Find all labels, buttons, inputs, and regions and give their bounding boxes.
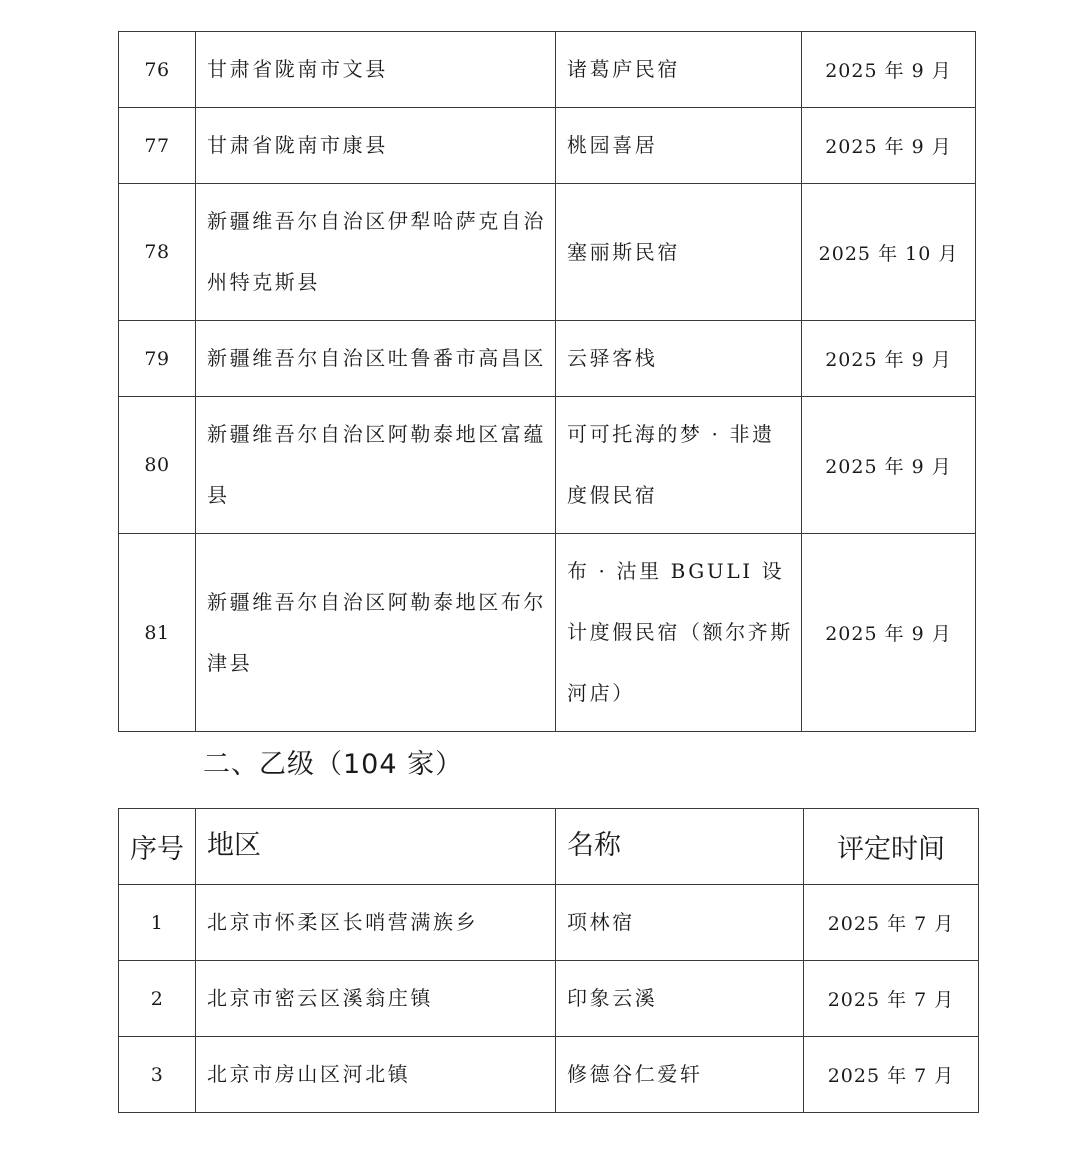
row-region: 甘肃省陇南市康县 — [196, 108, 556, 184]
row-region: 新疆维吾尔自治区阿勒泰地区布尔津县 — [196, 534, 556, 732]
row-number: 77 — [119, 108, 196, 184]
header-region: 地区 — [196, 809, 556, 885]
row-number: 80 — [119, 397, 196, 534]
row-number: 79 — [119, 321, 196, 397]
row-date: 2025 年 7 月 — [804, 1037, 979, 1113]
row-region: 北京市房山区河北镇 — [196, 1037, 556, 1113]
table-row: 80 新疆维吾尔自治区阿勒泰地区富蕴县 可可托海的梦 · 非遗度假民宿 2025… — [119, 397, 976, 534]
section-title-grade-b: 二、乙级（104 家） — [203, 742, 463, 781]
row-region: 新疆维吾尔自治区吐鲁番市高昌区 — [196, 321, 556, 397]
row-region: 甘肃省陇南市文县 — [196, 32, 556, 108]
row-date: 2025 年 9 月 — [802, 534, 976, 732]
row-number: 81 — [119, 534, 196, 732]
row-region: 北京市密云区溪翁庄镇 — [196, 961, 556, 1037]
table-row: 77 甘肃省陇南市康县 桃园喜居 2025 年 9 月 — [119, 108, 976, 184]
row-date: 2025 年 9 月 — [802, 32, 976, 108]
row-date: 2025 年 9 月 — [802, 108, 976, 184]
header-number: 序号 — [119, 809, 196, 885]
table-row: 76 甘肃省陇南市文县 诸葛庐民宿 2025 年 9 月 — [119, 32, 976, 108]
row-date: 2025 年 7 月 — [804, 885, 979, 961]
row-number: 1 — [119, 885, 196, 961]
row-number: 78 — [119, 184, 196, 321]
table-row: 78 新疆维吾尔自治区伊犁哈萨克自治州特克斯县 塞丽斯民宿 2025 年 10 … — [119, 184, 976, 321]
table-row: 81 新疆维吾尔自治区阿勒泰地区布尔津县 布 · 沽里 BGULI 设计度假民宿… — [119, 534, 976, 732]
row-date: 2025 年 9 月 — [802, 397, 976, 534]
row-name: 布 · 沽里 BGULI 设计度假民宿（额尔齐斯河店） — [556, 534, 802, 732]
table-row: 1 北京市怀柔区长哨营满族乡 项林宿 2025 年 7 月 — [119, 885, 979, 961]
row-region: 新疆维吾尔自治区伊犁哈萨克自治州特克斯县 — [196, 184, 556, 321]
row-name: 塞丽斯民宿 — [556, 184, 802, 321]
row-number: 2 — [119, 961, 196, 1037]
row-name: 云驿客栈 — [556, 321, 802, 397]
row-name: 诸葛庐民宿 — [556, 32, 802, 108]
row-date: 2025 年 9 月 — [802, 321, 976, 397]
table-row: 3 北京市房山区河北镇 修德谷仁爱轩 2025 年 7 月 — [119, 1037, 979, 1113]
grade-b-table: 序号 地区 名称 评定时间 1 北京市怀柔区长哨营满族乡 项林宿 2025 年 … — [118, 808, 979, 1113]
row-date: 2025 年 7 月 — [804, 961, 979, 1037]
row-name: 项林宿 — [556, 885, 804, 961]
row-region: 北京市怀柔区长哨营满族乡 — [196, 885, 556, 961]
row-name: 桃园喜居 — [556, 108, 802, 184]
row-name: 修德谷仁爱轩 — [556, 1037, 804, 1113]
row-date: 2025 年 10 月 — [802, 184, 976, 321]
row-region: 新疆维吾尔自治区阿勒泰地区富蕴县 — [196, 397, 556, 534]
grade-a-table-continued: 76 甘肃省陇南市文县 诸葛庐民宿 2025 年 9 月 77 甘肃省陇南市康县… — [118, 31, 976, 732]
header-name: 名称 — [556, 809, 804, 885]
table-row: 79 新疆维吾尔自治区吐鲁番市高昌区 云驿客栈 2025 年 9 月 — [119, 321, 976, 397]
row-name: 可可托海的梦 · 非遗度假民宿 — [556, 397, 802, 534]
table-header-row: 序号 地区 名称 评定时间 — [119, 809, 979, 885]
header-date: 评定时间 — [804, 809, 979, 885]
row-name: 印象云溪 — [556, 961, 804, 1037]
row-number: 3 — [119, 1037, 196, 1113]
table-row: 2 北京市密云区溪翁庄镇 印象云溪 2025 年 7 月 — [119, 961, 979, 1037]
row-number: 76 — [119, 32, 196, 108]
